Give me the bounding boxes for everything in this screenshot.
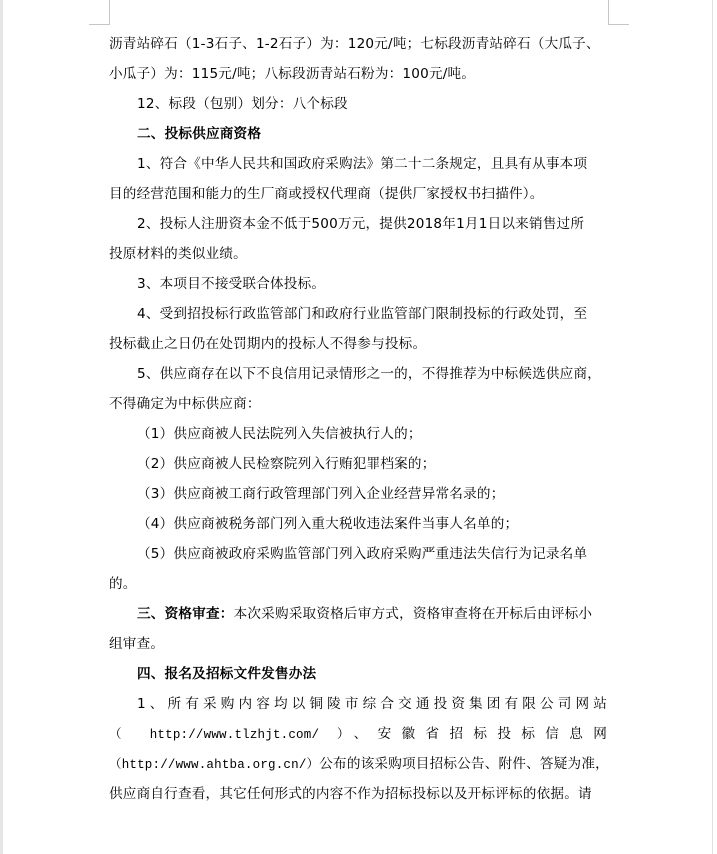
paragraph-line: 不得确定为中标供应商： xyxy=(109,392,607,422)
section-3-paragraph: 三、资格审查：本次采购采取资格后审方式，资格审查将在开标后由评标小 xyxy=(109,602,607,632)
paragraph-line: 3、本项目不接受联合体投标。 xyxy=(109,272,607,302)
section-heading-2: 二、投标供应商资格 xyxy=(109,122,607,152)
list-item: （5）供应商被政府采购监管部门列入政府采购严重违法失信行为记录名单 xyxy=(109,542,607,572)
document-body: 沥青站碎石（1-3石子、1-2石子）为：120元/吨；七标段沥青站碎石（大瓜子、… xyxy=(109,32,607,812)
paragraph-text: 、安徽省招标投标信息网 xyxy=(354,726,607,742)
list-item: （2）供应商被人民检察院列入行贿犯罪档案的； xyxy=(109,452,607,482)
margin-corner-mark-left xyxy=(89,0,110,25)
page-left-edge xyxy=(0,0,3,854)
page-right-edge xyxy=(712,0,717,854)
link-tlzhjt[interactable]: （ http://www.tlzhjt.com/ ） xyxy=(109,728,354,742)
paragraph-line: 4、受到招投标行政监管部门和政府行业监管部门限制投标的行政处罚，至 xyxy=(109,302,607,332)
paragraph-line: （http://www.ahtba.org.cn/）公布的该采购项目招标公告、附… xyxy=(109,752,607,782)
section-3-body: 本次采购采取资格后审方式，资格审查将在开标后由评标小 xyxy=(234,606,593,622)
paragraph-line: 目的经营范围和能力的生厂商或授权代理商（提供厂家授权书扫描件）。 xyxy=(109,182,607,212)
paragraph-line: 2、投标人注册资本金不低于500万元，提供2018年1月1日以来销售过所 xyxy=(109,212,607,242)
section-heading-3: 三、资格审查： xyxy=(137,606,234,622)
list-item: （3）供应商被工商行政管理部门列入企业经营异常名录的； xyxy=(109,482,607,512)
paragraph-line: 投原材料的类似业绩。 xyxy=(109,242,607,272)
list-item-continuation: 的。 xyxy=(109,572,607,602)
paragraph-line: 1、所有采购内容均以铜陵市综合交通投资集团有限公司网站 xyxy=(109,692,607,722)
list-item: （1）供应商被人民法院列入失信被执行人的； xyxy=(109,422,607,452)
paragraph-line: （ http://www.tlzhjt.com/ ）、安徽省招标投标信息网 xyxy=(109,722,607,752)
paragraph-line: 12、标段（包别）划分：八个标段 xyxy=(109,92,607,122)
paragraph-line: 小瓜子）为：115元/吨；八标段沥青站石粉为：100元/吨。 xyxy=(109,62,607,92)
margin-corner-mark-right xyxy=(608,0,629,25)
paragraph-line: 1、符合《中华人民共和国政府采购法》第二十二条规定，且具有从事本项 xyxy=(109,152,607,182)
paragraph-text: 公布的该采购项目招标公告、附件、答疑为准， xyxy=(319,756,609,772)
paragraph-line: 5、供应商存在以下不良信用记录情形之一的，不得推荐为中标候选供应商， xyxy=(109,362,607,392)
paragraph-line: 沥青站碎石（1-3石子、1-2石子）为：120元/吨；七标段沥青站碎石（大瓜子、 xyxy=(109,32,607,62)
link-ahtba[interactable]: （http://www.ahtba.org.cn/） xyxy=(109,758,319,772)
section-heading-4: 四、报名及招标文件发售办法 xyxy=(109,662,607,692)
paragraph-line: 投标截止之日仍在处罚期内的投标人不得参与投标。 xyxy=(109,332,607,362)
list-item: （4）供应商被税务部门列入重大税收违法案件当事人名单的； xyxy=(109,512,607,542)
paragraph-line: 组审查。 xyxy=(109,632,607,662)
paragraph-line: 供应商自行查看，其它任何形式的内容不作为招标投标以及开标评标的依据。请 xyxy=(109,782,607,812)
